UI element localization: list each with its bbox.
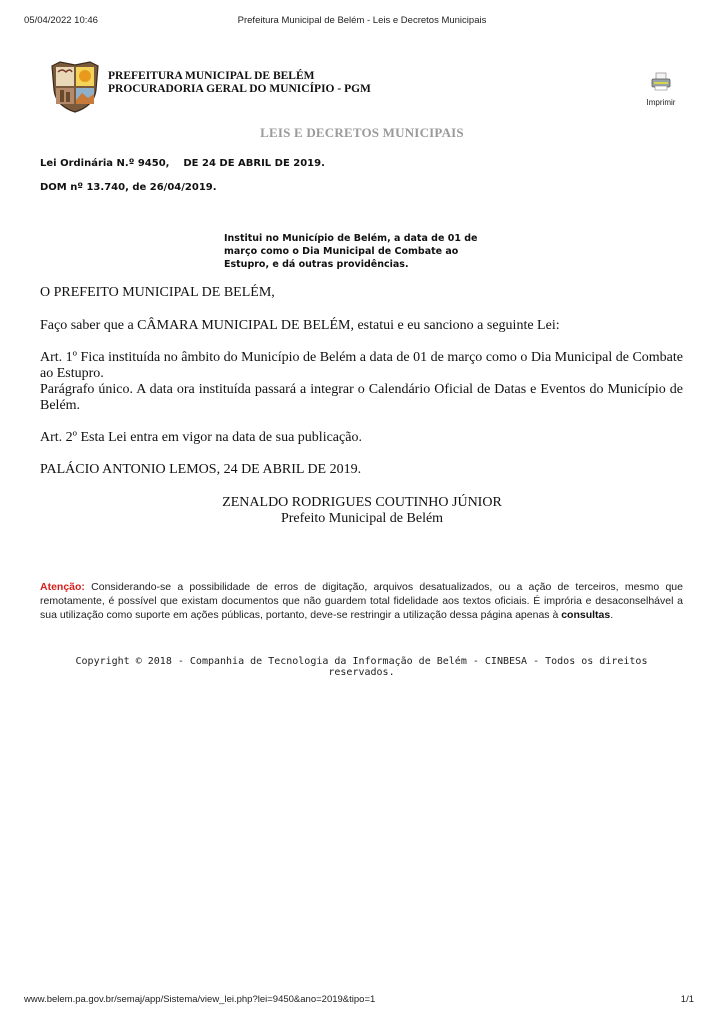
article-1: Art. 1º Fica instituída no âmbito do Mun…: [40, 350, 683, 414]
print-page-number: 1/1: [681, 994, 694, 1005]
print-button-label: Imprimir: [641, 98, 681, 107]
signature-name: ZENALDO RODRIGUES COUTINHO JÚNIOR: [0, 495, 724, 511]
copyright-notice: Copyright © 2018 - Companhia de Tecnolog…: [40, 656, 683, 678]
disclaimer-emphasis: consultas: [561, 609, 610, 621]
article-1-text: Art. 1º Fica instituída no âmbito do Mun…: [40, 350, 683, 382]
organization-name: PREFEITURA MUNICIPAL DE BELÉM PROCURADOR…: [108, 70, 371, 96]
print-button[interactable]: Imprimir: [641, 72, 681, 104]
dom-reference: DOM nº 13.740, de 26/04/2019.: [40, 182, 217, 193]
section-title: LEIS E DECRETOS MUNICIPAIS: [0, 125, 724, 141]
article-2: Art. 2º Esta Lei entra em vigor na data …: [40, 430, 683, 446]
disclaimer-label: Atenção:: [40, 581, 85, 593]
print-url: www.belem.pa.gov.br/semaj/app/Sistema/vi…: [24, 994, 375, 1005]
preamble: O PREFEITO MUNICIPAL DE BELÉM,: [40, 285, 683, 301]
sole-paragraph: Parágrafo único. A data ora instituída p…: [40, 382, 683, 414]
place-date: PALÁCIO ANTONIO LEMOS, 24 DE ABRIL DE 20…: [40, 462, 683, 478]
disclaimer: Atenção: Considerando-se a possibilidade…: [40, 580, 683, 622]
org-line-prefeitura: PREFEITURA MUNICIPAL DE BELÉM: [108, 70, 371, 83]
disclaimer-end: .: [610, 609, 613, 621]
enactment-clause: Faço saber que a CÂMARA MUNICIPAL DE BEL…: [40, 318, 683, 334]
law-summary: Institui no Município de Belém, a data d…: [224, 232, 494, 271]
signature-block: ZENALDO RODRIGUES COUTINHO JÚNIOR Prefei…: [0, 495, 724, 527]
org-line-pgm: PROCURADORIA GERAL DO MUNICÍPIO - PGM: [108, 83, 371, 96]
law-number: Lei Ordinária N.º 9450, DE 24 DE ABRIL D…: [40, 158, 325, 169]
print-page-title: Prefeitura Municipal de Belém - Leis e D…: [0, 15, 724, 26]
coat-of-arms-icon: [48, 60, 102, 114]
printer-icon: [650, 72, 672, 92]
signature-title: Prefeito Municipal de Belém: [0, 511, 724, 527]
